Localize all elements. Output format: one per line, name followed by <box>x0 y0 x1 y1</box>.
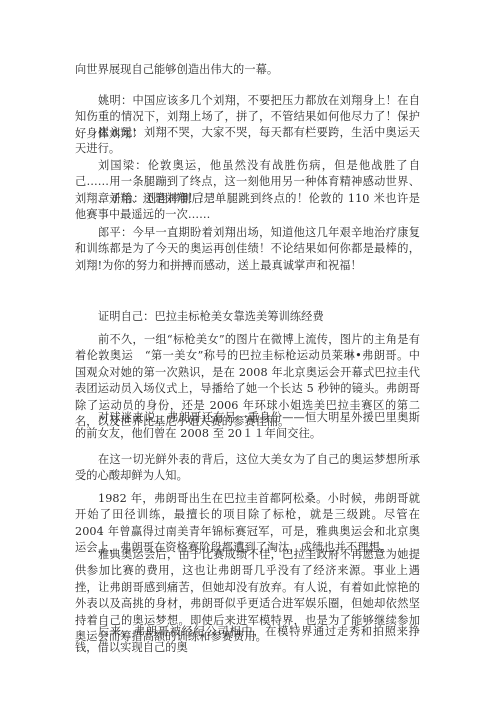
paragraph-hardship-intro: 在这一切光鲜外表的背后，这位大美女为了自己的奥运梦想所承受的心酸却鲜为人知。 <box>75 452 420 485</box>
document-page: 向世界展现自己能够创造出伟大的一幕。 姚明：中国应该多几个刘翔，不要把压力都放在… <box>0 0 500 708</box>
section-heading: 证明自己：巴拉圭标枪美女靠选美筹训练经费 <box>75 309 420 325</box>
paragraph-ex-girlfriend: 对球迷来说，弗朗哥还有另一重身份——恒大明星外援巴里奥斯的前女友，他们曾在 20… <box>75 410 420 443</box>
paragraph-modeling-career: 后来，弗朗哥被经纪公司相中，在模特界通过走秀和拍照来挣钱，借以实现自己的奥 <box>75 624 420 657</box>
paragraph-lang-ping-quote: 郎平：今早一直期盼着刘翔出场，知道他这几年艰辛地治疗康复和训练都是为了今天的奥运… <box>75 225 420 274</box>
paragraph-cui-yongyuan-quote: 崔永元：刘翔不哭，大家不哭，每天都有栏要跨，生活中奥运天天进行。 <box>75 125 420 158</box>
paragraph-intro-end: 向世界展现自己能够创造出伟大的一幕。 <box>75 62 420 78</box>
paragraph-zhang-ziyi-quote: 章子怡：刘翔摔倒后是单腿跳到终点的！伦敦的 110 米也许是他赛事中最遥远的一次… <box>75 191 420 224</box>
